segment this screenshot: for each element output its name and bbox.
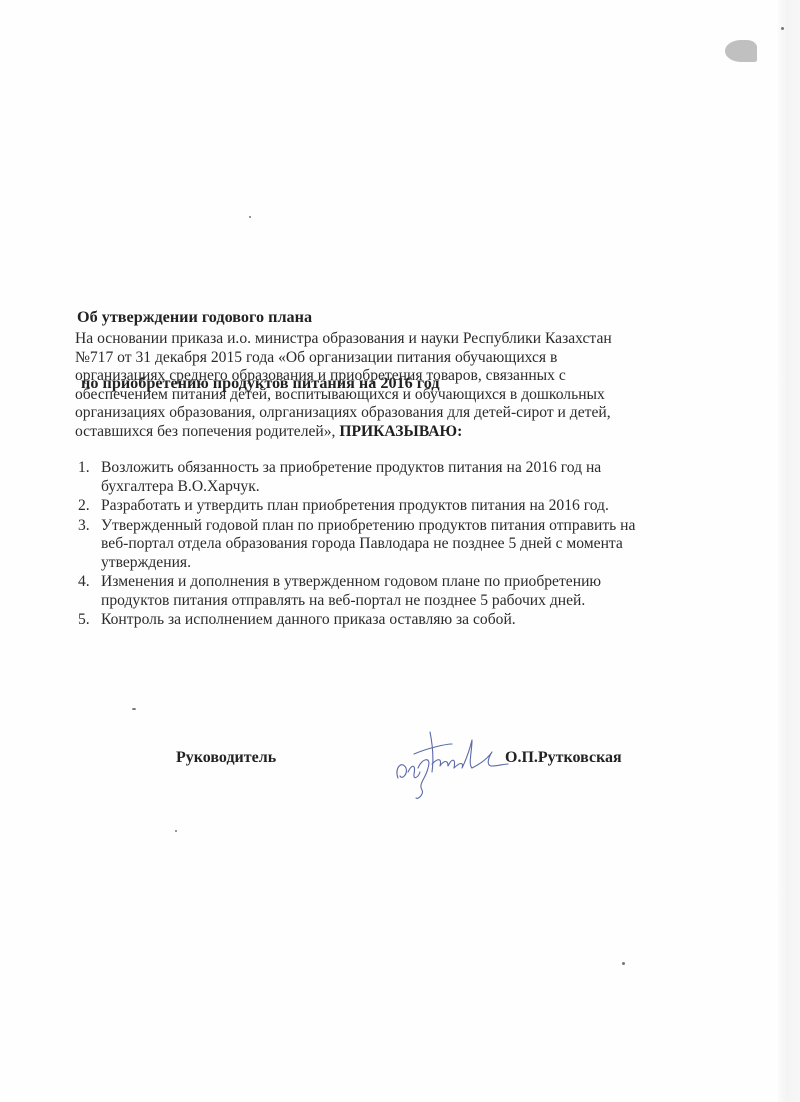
preamble-line: На основании приказа и.о. министра образ… — [75, 330, 695, 349]
preamble: На основании приказа и.о. министра образ… — [75, 330, 695, 441]
scan-speck — [132, 708, 136, 710]
item-number: 4. — [78, 573, 90, 592]
order-word: ПРИКАЗЫВАЮ: — [339, 423, 462, 440]
preamble-line: организациях среднего образования и прио… — [75, 367, 695, 386]
order-item: 2. Разработать и утвердить план приобрет… — [75, 497, 735, 516]
order-items: 1. Возложить обязанность за приобретение… — [75, 459, 735, 631]
item-line: Разработать и утвердить план приобретени… — [101, 497, 735, 516]
item-line: Контроль за исполнением данного приказа … — [101, 611, 735, 630]
preamble-last-line: оставшихся без попечения родителей», ПРИ… — [75, 423, 695, 442]
item-line: Утвержденный годовой план по приобретени… — [101, 517, 735, 536]
item-line: Изменения и дополнения в утвержденном го… — [101, 573, 735, 592]
item-line: продуктов питания отправлять на веб-порт… — [101, 592, 735, 611]
scan-smudge — [725, 40, 757, 62]
signatory-name: О.П.Рутковская — [505, 749, 622, 767]
item-number: 5. — [78, 611, 90, 630]
scan-speck — [622, 962, 625, 965]
item-line: утверждения. — [101, 554, 735, 573]
scan-speck — [249, 216, 251, 218]
item-number: 2. — [78, 497, 90, 516]
item-number: 3. — [78, 517, 90, 536]
order-item: 5. Контроль за исполнением данного прика… — [75, 611, 735, 630]
preamble-line: организациях образования, олрганизациях … — [75, 404, 695, 423]
title-line: Об утверждении годового плана — [77, 306, 440, 328]
order-item: 4. Изменения и дополнения в утвержденном… — [75, 573, 735, 610]
preamble-line: №717 от 31 декабря 2015 года «Об организ… — [75, 349, 695, 368]
preamble-line: оставшихся без попечения родителей», — [75, 423, 339, 440]
order-item: 3. Утвержденный годовой план по приобрет… — [75, 517, 735, 573]
item-number: 1. — [78, 459, 90, 478]
page-edge-shadow — [778, 0, 800, 1102]
scan-speck — [175, 830, 177, 832]
item-line: веб-портал отдела образования города Пав… — [101, 535, 735, 554]
scanned-page: Об утверждении годового плана по приобре… — [0, 0, 800, 1102]
scan-speck — [781, 27, 784, 30]
handwritten-signature — [388, 728, 518, 803]
item-line: бухгалтера В.О.Харчук. — [101, 478, 735, 497]
item-line: Возложить обязанность за приобретение пр… — [101, 459, 735, 478]
order-item: 1. Возложить обязанность за приобретение… — [75, 459, 735, 496]
preamble-line: обеспечением питания детей, воспитывающи… — [75, 386, 695, 405]
signatory-role: Руководитель — [176, 749, 276, 767]
